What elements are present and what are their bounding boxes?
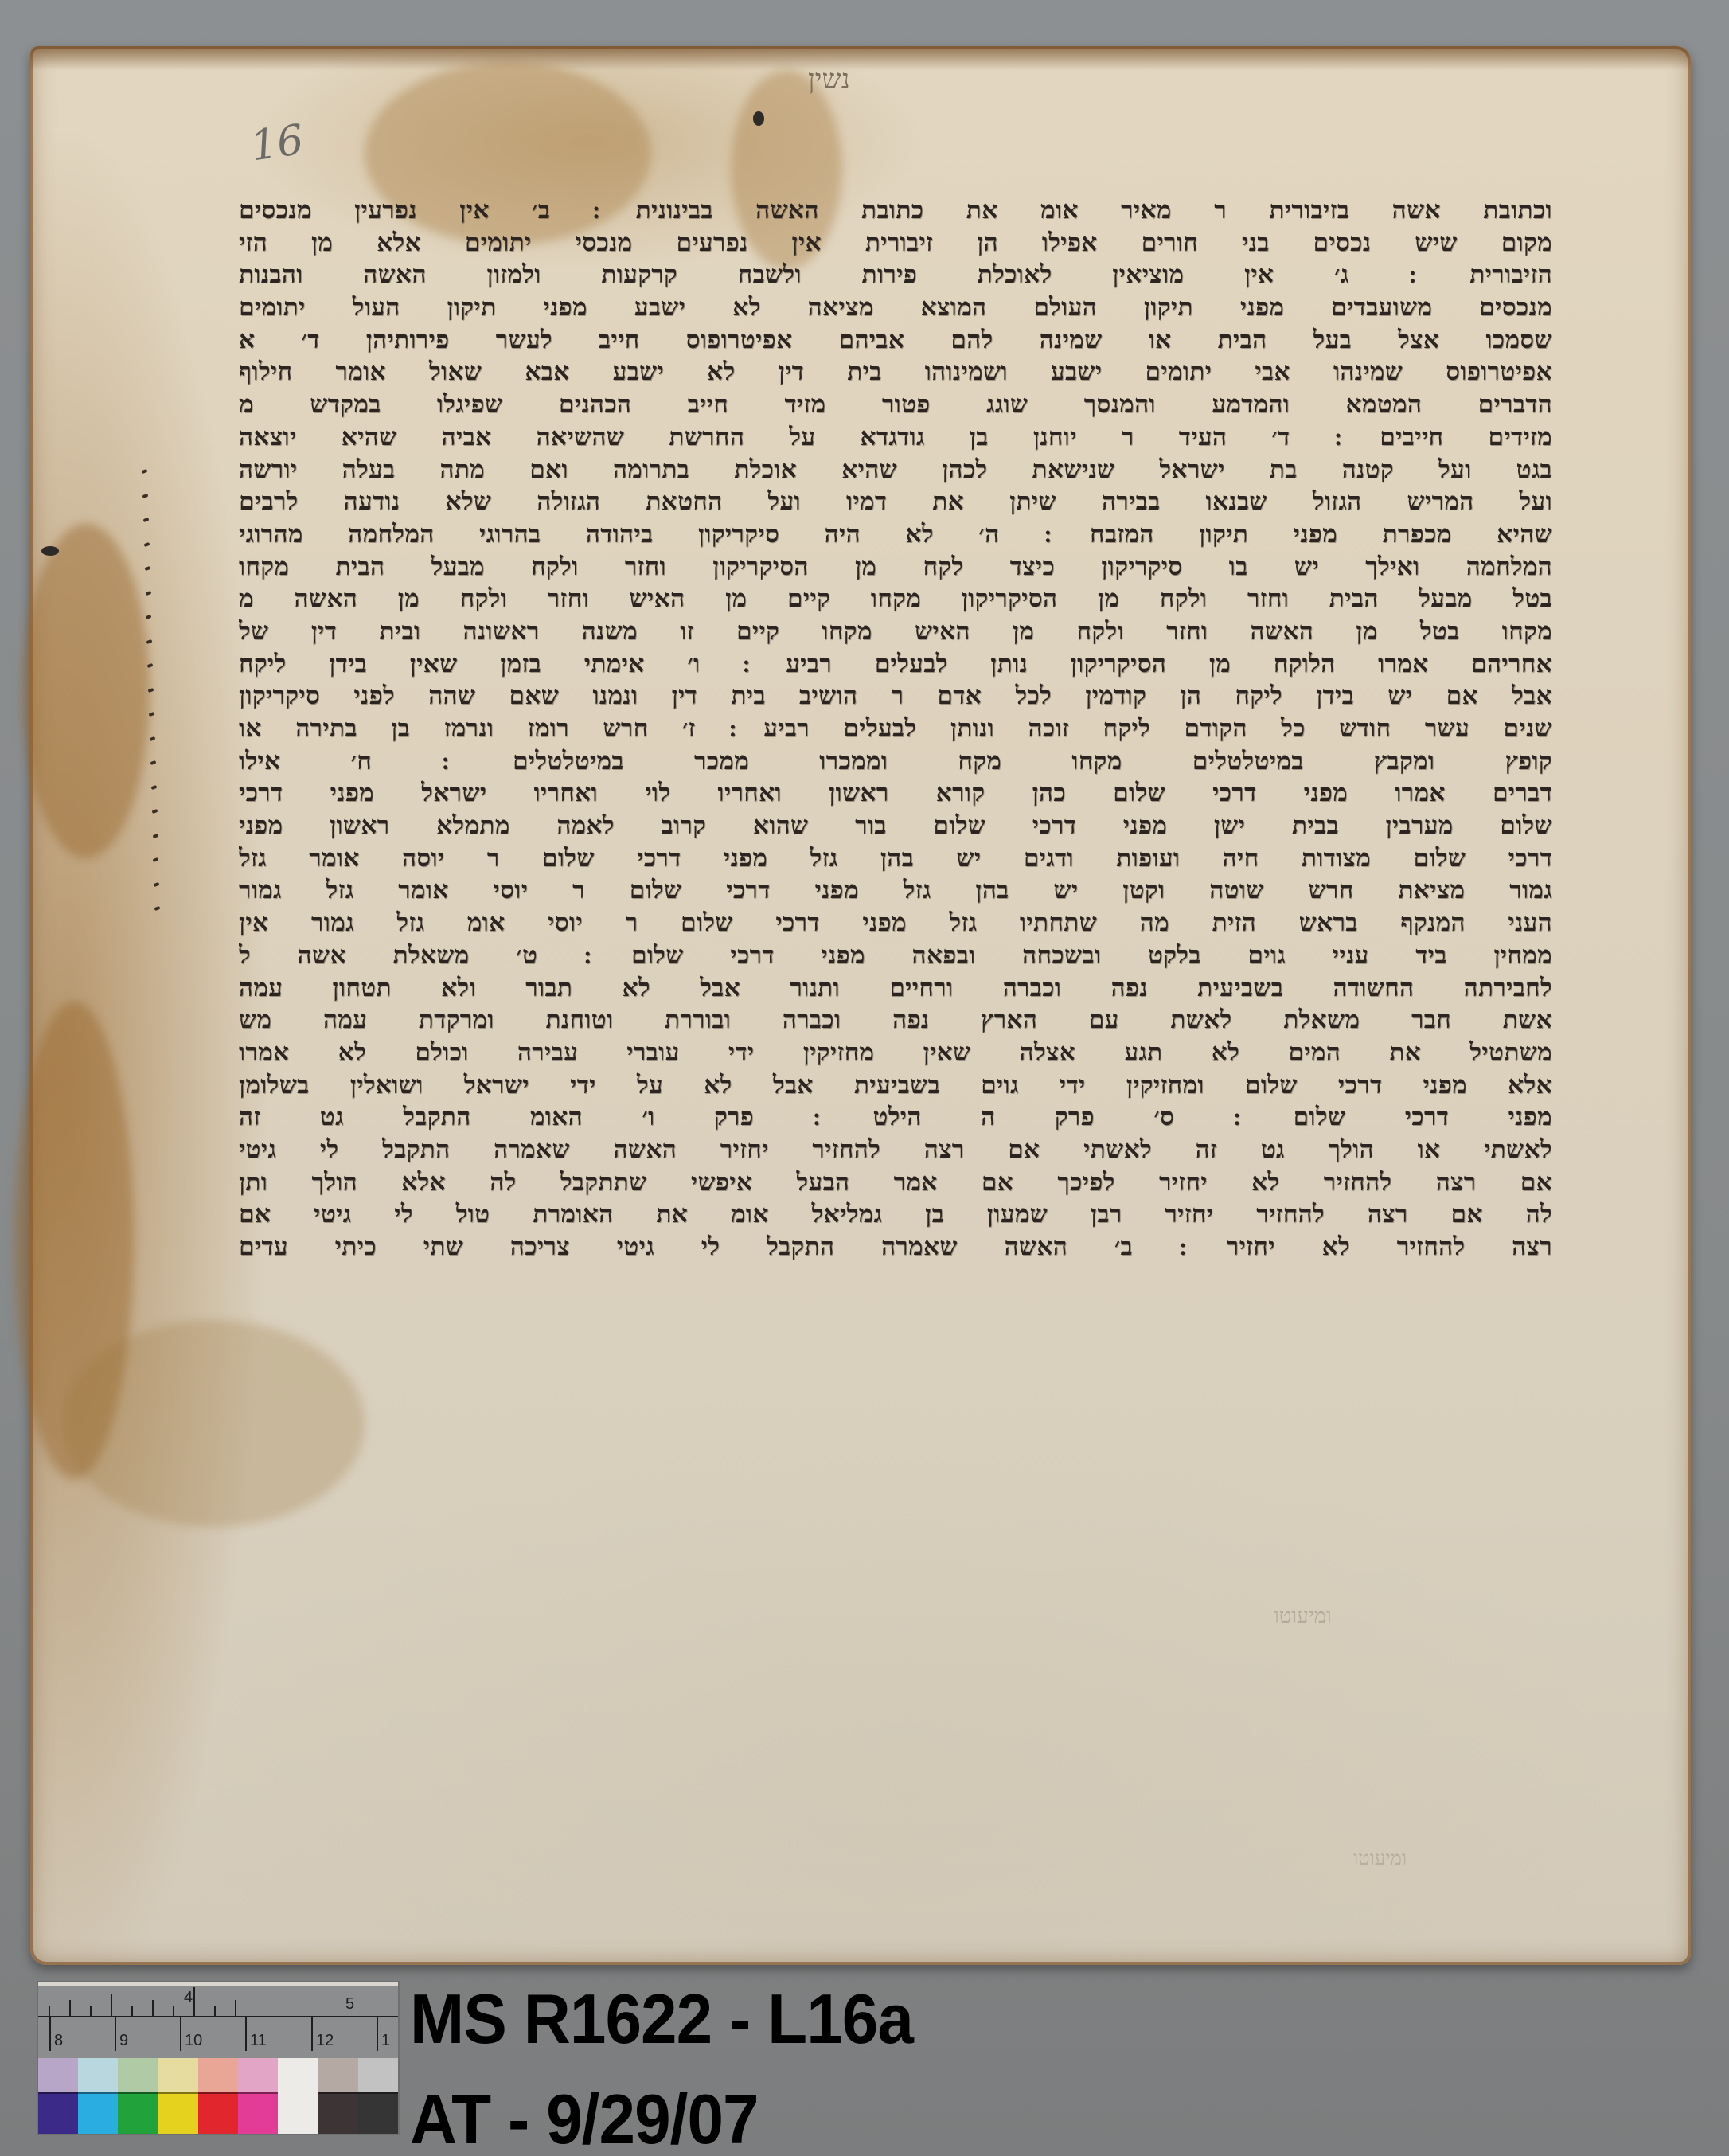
prick-mark [145, 590, 151, 595]
text-line: לחבירתה החשודה בשביעית נפה וכברה ורחיים … [239, 972, 1552, 1005]
shelfmark-label: MS R1622 - L16a [410, 1984, 913, 2054]
prick-mark [147, 663, 154, 668]
text-line: שהיא מכפרת מפני תיקון המזבח ׃ ה׳ לא היה … [239, 518, 1552, 551]
color-swatch [358, 2058, 398, 2134]
prick-mark [152, 833, 158, 838]
parchment-hole [753, 111, 764, 126]
ruler-tick [111, 1994, 112, 2016]
prick-mark [150, 760, 156, 765]
ruler-inch-label: 5 [345, 1995, 354, 2013]
prick-mark [153, 857, 159, 862]
water-stain [62, 1320, 365, 1527]
ruler-tick [90, 2006, 92, 2016]
swatch-light [318, 2058, 358, 2092]
color-swatch [318, 2058, 358, 2134]
prick-mark [154, 881, 160, 886]
prick-mark [146, 615, 152, 619]
folio-number: 16 [248, 116, 306, 171]
color-swatch [278, 2058, 318, 2134]
faded-marginalia: ומיעוטו [1353, 1847, 1407, 1870]
swatch-dark [358, 2092, 398, 2134]
text-line: אלא מפני דרכי שלום ומחזיקין ידי גוים בשב… [239, 1069, 1552, 1102]
color-swatch [118, 2058, 158, 2134]
prick-mark [142, 518, 149, 522]
ruler-divider [38, 2016, 398, 2017]
text-line: אם רצה להחזיר לא יחזיר לפיכך אם אמר הבעל… [239, 1166, 1552, 1199]
text-line: ועל המריש הגזול שבנאו בבירה שיתן את דמיו… [239, 486, 1552, 518]
text-line: בטל מבעל הבית וחזר ולקח מן הסיקריקון מקח… [239, 583, 1552, 615]
parchment-hole [41, 546, 59, 556]
color-calibration-target: 45891011121 [38, 1982, 398, 2134]
text-line: מנכסים משועבדים מפני תיקון העולם המוצא מ… [239, 291, 1552, 324]
ruler-cm-label: 9 [119, 2032, 128, 2050]
text-line: לה אם רצה להחזיר יחזיר רבן שמעון בן גמלי… [239, 1198, 1552, 1231]
text-line: אחריהם אמרו הלוקח מן הסיקריקון נותן לבעל… [239, 648, 1552, 681]
ruler-cm-tick [245, 2017, 247, 2051]
ruler-tick [49, 2006, 50, 2016]
faded-marginalia: ומיעוטו [1274, 1604, 1332, 1628]
text-line: רצה להחזיר לא יחזיר ׃ ב׳ האשה שאמרה התקב… [239, 1231, 1552, 1264]
ruler-inch-label: 4 [184, 1989, 193, 2007]
prick-mark [144, 566, 150, 571]
swatch-light [278, 2058, 318, 2093]
swatch-dark [238, 2092, 278, 2134]
text-line: מקום שיש נכסים בני חורים אפילו הן זיבורי… [239, 227, 1552, 260]
leaf-top-edge [30, 46, 1691, 70]
ruler-tick [173, 2006, 174, 2016]
text-line: מזידים חייבים ׃ ד׳ העיד ר יוחנן בן גודגד… [239, 421, 1552, 454]
imaging-info-label: AT - 9/29/07 [410, 2084, 759, 2154]
ruler-tick [131, 2006, 133, 2016]
prick-mark [143, 541, 150, 546]
ruler-tick [69, 2000, 71, 2016]
prick-mark [151, 809, 158, 814]
swatch-dark [78, 2092, 118, 2134]
ruler: 45891011121 [38, 1982, 398, 2061]
text-line: אפיטרופוס שמינהו אבי יתומים ישבע ושמינוה… [239, 356, 1552, 389]
swatch-dark [158, 2092, 198, 2134]
swatch-light [198, 2058, 238, 2092]
prick-mark [149, 712, 155, 717]
ruler-tick [235, 2000, 236, 2016]
color-swatch [38, 2058, 78, 2134]
ruler-cm-tick [180, 2017, 181, 2051]
text-line: דרכי שלום מצודות חיה ועופות ודגים יש בהן… [239, 842, 1552, 875]
prick-mark [142, 493, 148, 498]
prick-mark [149, 736, 155, 740]
text-line: העני המנקף בראש הזית מה שתחתיו גזל מפני … [239, 907, 1552, 939]
ruler-cm-label: 10 [185, 2032, 202, 2050]
prick-mark [154, 906, 161, 911]
ruler-tick [152, 2000, 154, 2016]
ruler-cm-label: 1 [381, 2032, 390, 2050]
ruler-cm-tick [49, 2017, 51, 2051]
pricking-marks [142, 470, 166, 1967]
text-line: שנים עשר חודש כל הקודם ליקח זוכה ונותן ל… [239, 713, 1552, 745]
text-line: מקחו בטל מן האשה וחזר ולקח מן האיש מקחו … [239, 615, 1552, 648]
water-stain [22, 524, 150, 858]
swatch-light [38, 2058, 78, 2092]
color-swatch [158, 2058, 198, 2134]
prick-mark [148, 687, 154, 692]
catchword: נשין [808, 64, 850, 96]
swatch-dark [118, 2092, 158, 2134]
text-line: הדברים המטמא והמדמע והמנסך שוגג פטור מזי… [239, 389, 1552, 421]
text-line: שלום מערבין בבית ישן מפני דרכי שלום בור … [239, 810, 1552, 842]
color-swatch [238, 2058, 278, 2134]
color-swatch [78, 2058, 118, 2134]
prick-mark [142, 469, 148, 474]
text-line: וכתובת אשה בזיבורית ר מאיר אומ את כתובת … [239, 194, 1552, 227]
ruler-tick [193, 1987, 195, 2016]
text-line: אבל אם יש בידן ליקח הן קודמין לכל אדם ר … [239, 680, 1552, 713]
prick-mark [146, 639, 153, 643]
ruler-cm-label: 8 [54, 2032, 63, 2050]
swatch-light [158, 2058, 198, 2092]
ruler-cm-label: 11 [250, 2032, 267, 2050]
text-line: בגט ועל קטנה בת ישראל שנישאת לכהן שהיא א… [239, 454, 1552, 486]
ruler-cm-tick [115, 2017, 116, 2051]
ruler-cm-tick [377, 2017, 378, 2051]
prick-mark [150, 784, 157, 789]
swatch-light [118, 2058, 158, 2092]
swatch-light [78, 2058, 118, 2092]
text-line: קופץ ומקבץ במיטלטלים מקחו מקח וממכרו ממכ… [239, 745, 1552, 778]
text-line: הזיבורית ׃ ג׳ אין מוציאין לאוכלת פירות ו… [239, 259, 1552, 291]
swatch-dark [38, 2092, 78, 2134]
swatch-light [358, 2058, 398, 2092]
swatch-dark [318, 2092, 358, 2134]
text-line: שסמכו אצל בעל הבית או שמינה להם אביהם אפ… [239, 324, 1552, 357]
text-line: המלחמה ואילך יש בו סיקריקון כיצד לקח מן … [239, 551, 1552, 584]
text-line: דברים אמרו מפני דרכי שלום כהן קורא ראשון… [239, 777, 1552, 810]
swatch-dark [198, 2092, 238, 2134]
color-swatch [198, 2058, 238, 2134]
text-line: לאשתי או הולך גט זה לאשתי אם רצה להחזיר … [239, 1134, 1552, 1166]
text-line: ממחין ביד עניי גוים בלקט ובשכחה ובפאה מפ… [239, 939, 1552, 972]
color-swatches [38, 2058, 398, 2134]
swatch-dark [278, 2093, 318, 2134]
main-text-block: וכתובת אשה בזיבורית ר מאיר אומ את כתובת … [239, 194, 1552, 1264]
text-line: גמור מציאת חרש שוטה וקטן יש בהן גזל מפני… [239, 874, 1552, 907]
text-line: משתטיל את המים לא תגע אצלה שאין מחזיקין … [239, 1037, 1552, 1069]
text-line: אשת חבר משאלת לאשת עם הארץ נפה וכברה ובו… [239, 1004, 1552, 1037]
ruler-cm-label: 12 [316, 2032, 334, 2050]
swatch-light [238, 2058, 278, 2092]
text-line: מפני דרכי שלום ׃ ס׳ פרק ה הילט ׃ פרק ו׳ … [239, 1101, 1552, 1134]
ruler-cm-tick [311, 2017, 313, 2051]
ruler-tick [214, 2006, 216, 2016]
